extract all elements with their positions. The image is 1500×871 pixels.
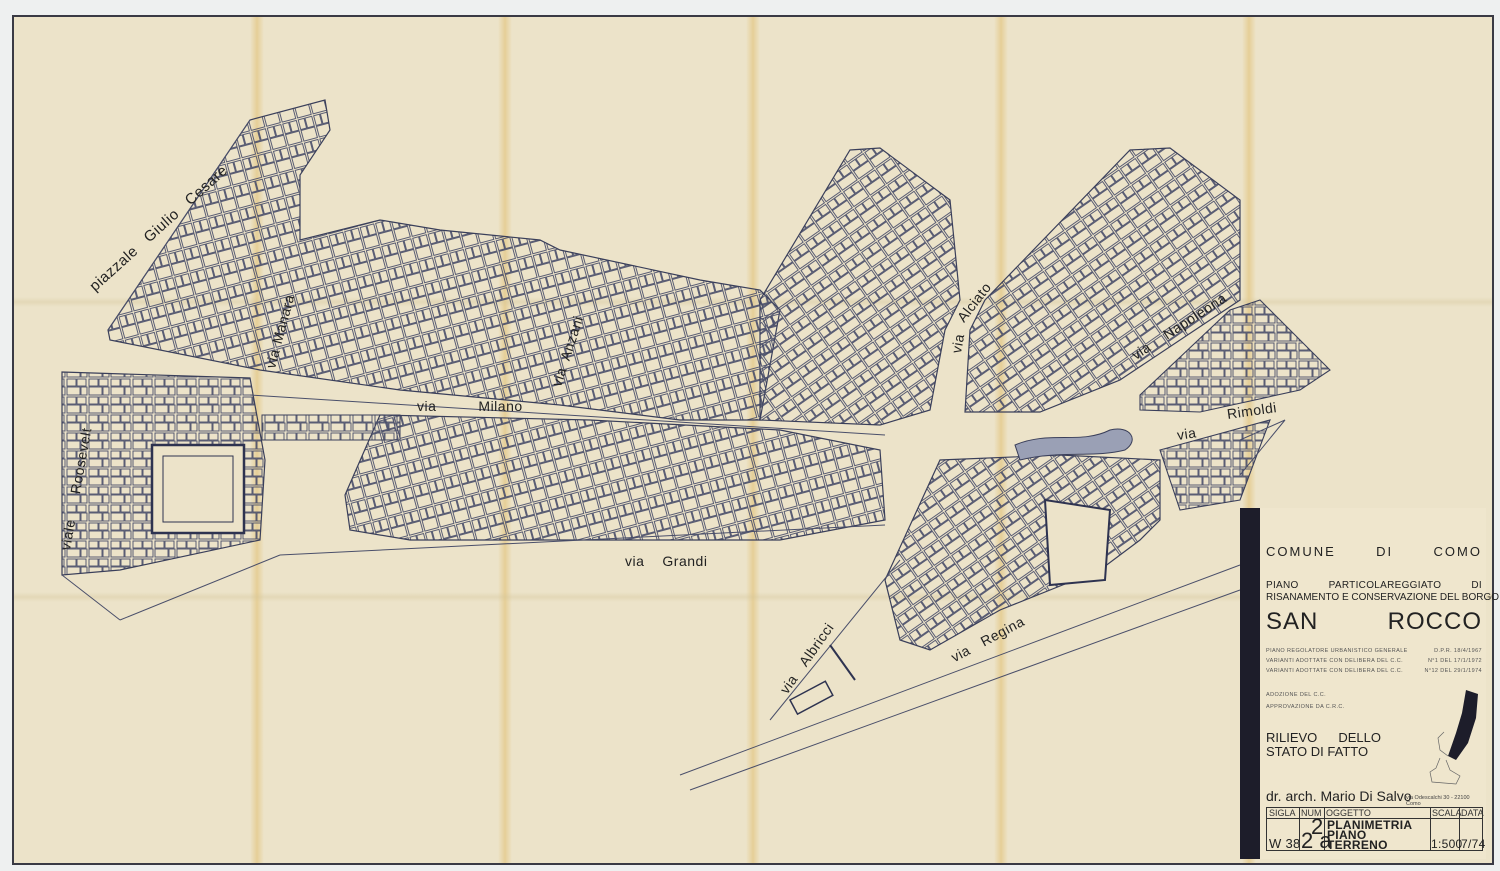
drawing-info-table: SIGLA NUM OGGETTO SCALA DATA W 38 2 2 a … bbox=[1266, 807, 1483, 851]
building-blocks-southeast bbox=[885, 420, 1270, 650]
key-map-icon bbox=[1426, 688, 1486, 788]
borgo-title: SAN ROCCO bbox=[1266, 608, 1482, 636]
varianti-line-2: VARIANTI ADOTTATE CON DELIBERA DEL C.C. … bbox=[1266, 668, 1482, 674]
plan-purpose-line: RISANAMENTO E CONSERVAZIONE DEL BORGO bbox=[1266, 592, 1482, 603]
street-label-via-alciato-via: via bbox=[948, 332, 967, 354]
rilievo-heading: RILIEVO DELLO bbox=[1266, 730, 1381, 745]
street-label-via-milano: viaMilano bbox=[417, 398, 523, 414]
varianti-line-1: VARIANTI ADOTTATE CON DELIBERA DEL C.C. … bbox=[1266, 658, 1482, 664]
prg-line: PIANO REGOLATORE URBANISTICO GENERALE D.… bbox=[1266, 648, 1482, 654]
title-block-bar bbox=[1240, 508, 1260, 859]
plan-type-line: PIANO PARTICOLAREGGIATO DI bbox=[1266, 580, 1482, 591]
building-blocks-north bbox=[108, 100, 1330, 425]
sigla-value: W 38 bbox=[1269, 836, 1301, 851]
street-label-via-rimoldi-via: via bbox=[1176, 424, 1197, 443]
data-value: 7/74 bbox=[1461, 837, 1486, 851]
scala-value: 1:500 bbox=[1431, 837, 1463, 851]
architect-address: via Odescalchi 30 - 22100 Como bbox=[1406, 795, 1482, 807]
oggetto-line-3: TERRENO bbox=[1327, 838, 1388, 852]
title-block: COMUNE DI COMO PIANO PARTICOLAREGGIATO D… bbox=[1240, 508, 1486, 859]
courtyard-building bbox=[152, 445, 244, 533]
street-label-via-grandi: viaGrandi bbox=[625, 553, 707, 569]
comune-heading: COMUNE DI COMO bbox=[1266, 544, 1482, 559]
